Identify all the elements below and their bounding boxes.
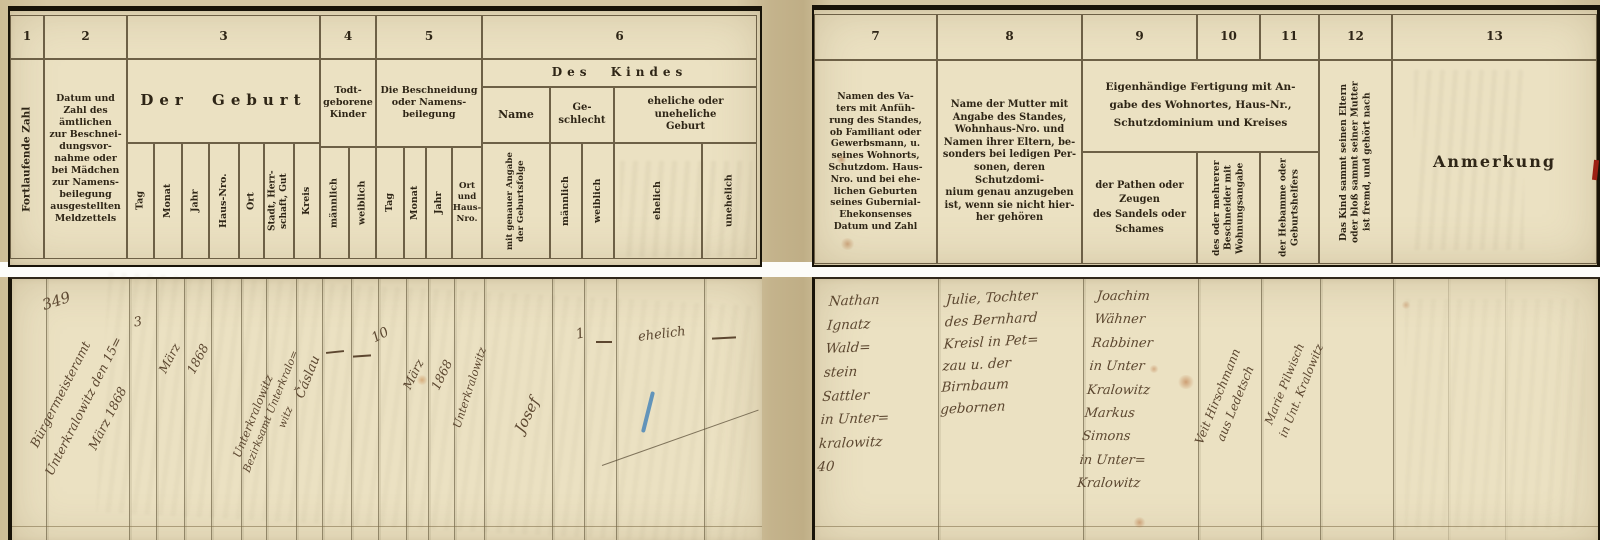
record-panel-right: Nathan Ignatz Wald= stein Sattler in Unt…: [812, 277, 1600, 540]
col12-number: 12: [1319, 14, 1392, 60]
col5-number: 5: [376, 15, 482, 59]
col3-sub-stadt-herrschaft-gut: Stadt, Herr- schaft, Gut: [264, 143, 294, 259]
col6-ehelich-unehelich-label: eheliche oder uneheliche Geburt: [614, 87, 757, 143]
stain: [840, 238, 855, 250]
stain: [416, 375, 428, 385]
col5-sub-jahr: Jahr: [426, 147, 452, 259]
entry-laufende-zahl: 349: [39, 285, 74, 317]
col11-label-hebamme: der Hebamme oder Geburtshelfers: [1260, 152, 1319, 264]
col12-label-fremd: Das Kind sammt seinen Eltern oder bloß s…: [1319, 60, 1392, 264]
stain: [1401, 301, 1411, 309]
entry-vater: Nathan Ignatz Wald= stein Sattler in Unt…: [816, 287, 941, 480]
col10-label-beschneider: des oder mehrerer Beschneider mit Wohnun…: [1197, 152, 1260, 264]
stain: [1177, 375, 1195, 389]
col3-sub-tag: Tag: [127, 143, 154, 259]
col7-number: 7: [814, 14, 937, 60]
bleed-through: [620, 161, 752, 257]
column-rule: [1393, 279, 1394, 540]
col3-sub-jahr: Jahr: [182, 143, 209, 259]
col6-geschlecht-label: Ge- schlecht: [550, 87, 614, 143]
header-panel-left: 1 2 3 4 5 6 Fortlaufende Zahl Datum und …: [8, 6, 762, 267]
col1-number: 1: [10, 15, 44, 59]
record-panel-left: 349 Bürgermeisteramt Unterkralowitz den …: [8, 277, 762, 540]
col8-label-mutter: Name der Mutter mit Angabe des Standes, …: [937, 60, 1082, 264]
register-scan: 1 2 3 4 5 6 Fortlaufende Zahl Datum und …: [0, 0, 1600, 540]
col3-sub-haus-nro: Haus-Nro.: [209, 143, 239, 259]
col9-label-pathen-zeugen: der Pathen oder Zeugen des Sandels oder …: [1082, 152, 1197, 264]
stain: [1149, 365, 1159, 373]
col6-number: 6: [482, 15, 757, 59]
col6-sub-maennlich: männlich: [550, 143, 582, 259]
column-rule: [1083, 279, 1084, 540]
col8-number: 8: [937, 14, 1082, 60]
col6-title-des-kindes: Des Kindes: [482, 59, 757, 87]
col3-sub-kreis: Kreis: [294, 143, 320, 259]
col13-number: 13: [1392, 14, 1597, 60]
col2-label-meldzettel: Datum und Zahl des ämtlichen zur Beschne…: [44, 59, 127, 259]
col3-sub-ort: Ort: [239, 143, 264, 259]
column-rule: [1261, 279, 1262, 540]
bleed-through: [1414, 70, 1524, 250]
col11-number: 11: [1260, 14, 1319, 60]
col4-sub-maennlich: männlich: [320, 147, 349, 259]
col6-name-label: Name: [482, 87, 550, 143]
col3-number: 3: [127, 15, 320, 59]
stain: [1133, 517, 1146, 528]
stain: [836, 155, 847, 164]
col4-sub-weiblich: weiblich: [349, 147, 376, 259]
entry-mutter: Julie, Tochter des Bernhard Kreisl in Pe…: [940, 283, 1085, 422]
bleed-through: [1405, 299, 1585, 529]
col3-title-der-geburt: Der Geburt: [127, 59, 320, 143]
col5-sub-tag: Tag: [376, 147, 404, 259]
col4-title-todtgeborene: Todt- geborene Kinder: [320, 59, 376, 147]
col9-11-group-title: Eigenhändige Fertigung mit An- gabe des …: [1082, 60, 1319, 152]
col6-sub-weiblich: weiblich: [582, 143, 614, 259]
col6-name-sub-geburtsfolge: mit genauer Angabe der Geburtsfolge: [482, 143, 550, 259]
col4-number: 4: [320, 15, 376, 59]
col5-sub-ort-haus-nro: Ort und Haus- Nro.: [452, 147, 482, 259]
header-panel-right: 7 8 9 10 11 12 13 Namen des Va- ters mit…: [812, 5, 1600, 267]
col7-label-vater: Namen des Va- ters mit Anfüh- rung des S…: [814, 60, 937, 264]
col9-number: 9: [1082, 14, 1197, 60]
col10-number: 10: [1197, 14, 1260, 60]
col5-title-beschneidung: Die Beschneidung oder Namens- beilegung: [376, 59, 482, 147]
col3-sub-monat: Monat: [154, 143, 182, 259]
col5-sub-monat: Monat: [404, 147, 426, 259]
col1-label-fortlaufende-zahl: Fortlaufende Zahl: [10, 59, 44, 259]
entry-geschlecht-weiblich-dash: [596, 341, 612, 343]
col2-number: 2: [44, 15, 127, 59]
